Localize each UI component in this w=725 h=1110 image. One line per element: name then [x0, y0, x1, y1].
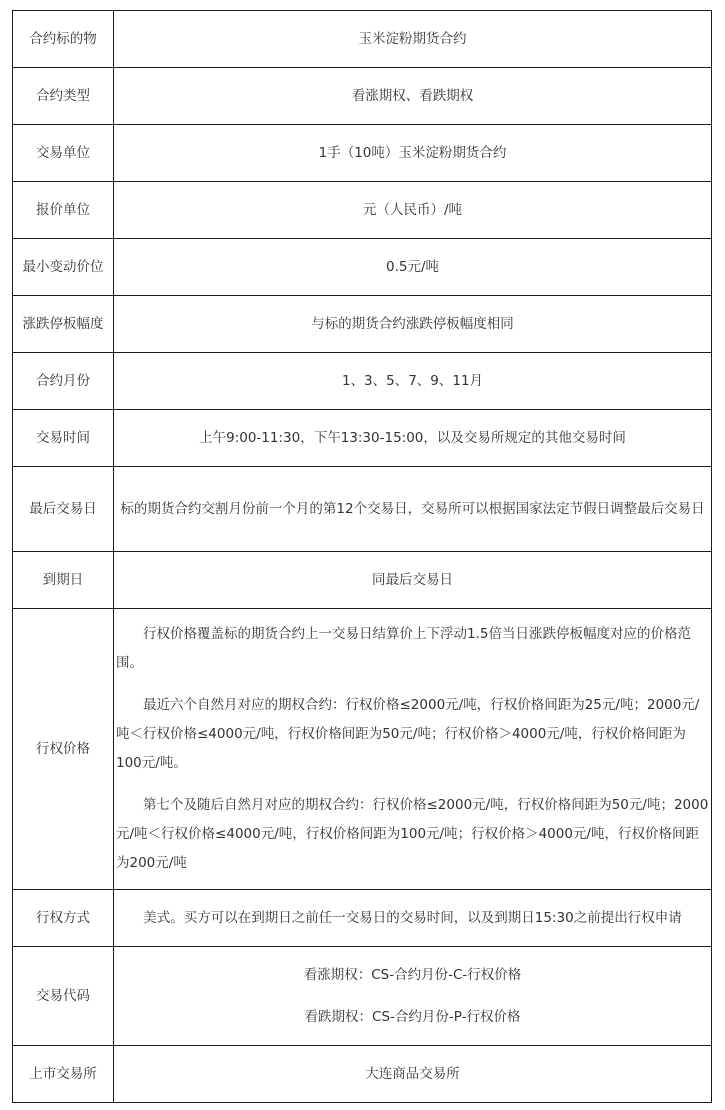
table-row: 涨跌停板幅度 与标的期货合约涨跌停板幅度相同: [13, 296, 712, 353]
table-row: 交易时间 上午9:00-11:30，下午13:30-15:00，以及交易所规定的…: [13, 410, 712, 467]
strike-price-range-paragraph: 行权价格覆盖标的期货合约上一交易日结算价上下浮动1.5倍当日涨跌停板幅度对应的价…: [116, 620, 709, 678]
strike-price-later-months-paragraph: 第七个及随后自然月对应的期权合约：行权价格≤2000元/吨，行权价格间距为50元…: [116, 791, 709, 878]
table-row: 交易代码 看涨期权：CS-合约月份-C-行权价格 看跌期权：CS-合约月份-P-…: [13, 947, 712, 1046]
table-row: 最小变动价位 0.5元/吨: [13, 239, 712, 296]
row-label: 合约类型: [13, 68, 114, 125]
row-value: 看涨期权、看跌期权: [114, 68, 712, 125]
row-label: 行权价格: [13, 609, 114, 890]
row-value: 玉米淀粉期货合约: [114, 11, 712, 68]
table-row: 合约类型 看涨期权、看跌期权: [13, 68, 712, 125]
call-option-code: 看涨期权：CS-合约月份-C-行权价格: [117, 961, 708, 990]
row-value: 看涨期权：CS-合约月份-C-行权价格 看跌期权：CS-合约月份-P-行权价格: [114, 947, 712, 1046]
row-value: 同最后交易日: [114, 552, 712, 609]
table-row: 合约标的物 玉米淀粉期货合约: [13, 11, 712, 68]
table-row: 合约月份 1、3、5、7、9、11月: [13, 353, 712, 410]
row-value: 0.5元/吨: [114, 239, 712, 296]
row-label: 合约标的物: [13, 11, 114, 68]
row-value: 1、3、5、7、9、11月: [114, 353, 712, 410]
row-value: 1手（10吨）玉米淀粉期货合约: [114, 125, 712, 182]
row-label: 交易单位: [13, 125, 114, 182]
table-row: 行权价格 行权价格覆盖标的期货合约上一交易日结算价上下浮动1.5倍当日涨跌停板幅…: [13, 609, 712, 890]
row-value: 与标的期货合约涨跌停板幅度相同: [114, 296, 712, 353]
table-row: 行权方式 美式。买方可以在到期日之前任一交易日的交易时间，以及到期日15:30之…: [13, 890, 712, 947]
row-label: 到期日: [13, 552, 114, 609]
contract-spec-table: 合约标的物 玉米淀粉期货合约 合约类型 看涨期权、看跌期权 交易单位 1手（10…: [12, 10, 712, 1103]
strike-price-near-months-paragraph: 最近六个自然月对应的期权合约：行权价格≤2000元/吨，行权价格间距为25元/吨…: [116, 691, 709, 778]
row-label: 报价单位: [13, 182, 114, 239]
row-value: 美式。买方可以在到期日之前任一交易日的交易时间，以及到期日15:30之前提出行权…: [114, 890, 712, 947]
row-label: 合约月份: [13, 353, 114, 410]
row-value: 元（人民币）/吨: [114, 182, 712, 239]
row-value: 大连商品交易所: [114, 1046, 712, 1103]
row-label: 行权方式: [13, 890, 114, 947]
row-label: 最小变动价位: [13, 239, 114, 296]
table-row: 上市交易所 大连商品交易所: [13, 1046, 712, 1103]
row-value: 行权价格覆盖标的期货合约上一交易日结算价上下浮动1.5倍当日涨跌停板幅度对应的价…: [114, 609, 712, 890]
row-label: 最后交易日: [13, 467, 114, 552]
row-label: 交易时间: [13, 410, 114, 467]
row-value: 上午9:00-11:30，下午13:30-15:00，以及交易所规定的其他交易时…: [114, 410, 712, 467]
table-row: 最后交易日 标的期货合约交割月份前一个月的第12个交易日，交易所可以根据国家法定…: [13, 467, 712, 552]
table-row: 到期日 同最后交易日: [13, 552, 712, 609]
table-row: 交易单位 1手（10吨）玉米淀粉期货合约: [13, 125, 712, 182]
row-label: 涨跌停板幅度: [13, 296, 114, 353]
row-label: 上市交易所: [13, 1046, 114, 1103]
row-label: 交易代码: [13, 947, 114, 1046]
row-value: 标的期货合约交割月份前一个月的第12个交易日，交易所可以根据国家法定节假日调整最…: [114, 467, 712, 552]
table-row: 报价单位 元（人民币）/吨: [13, 182, 712, 239]
put-option-code: 看跌期权：CS-合约月份-P-行权价格: [117, 1003, 708, 1032]
